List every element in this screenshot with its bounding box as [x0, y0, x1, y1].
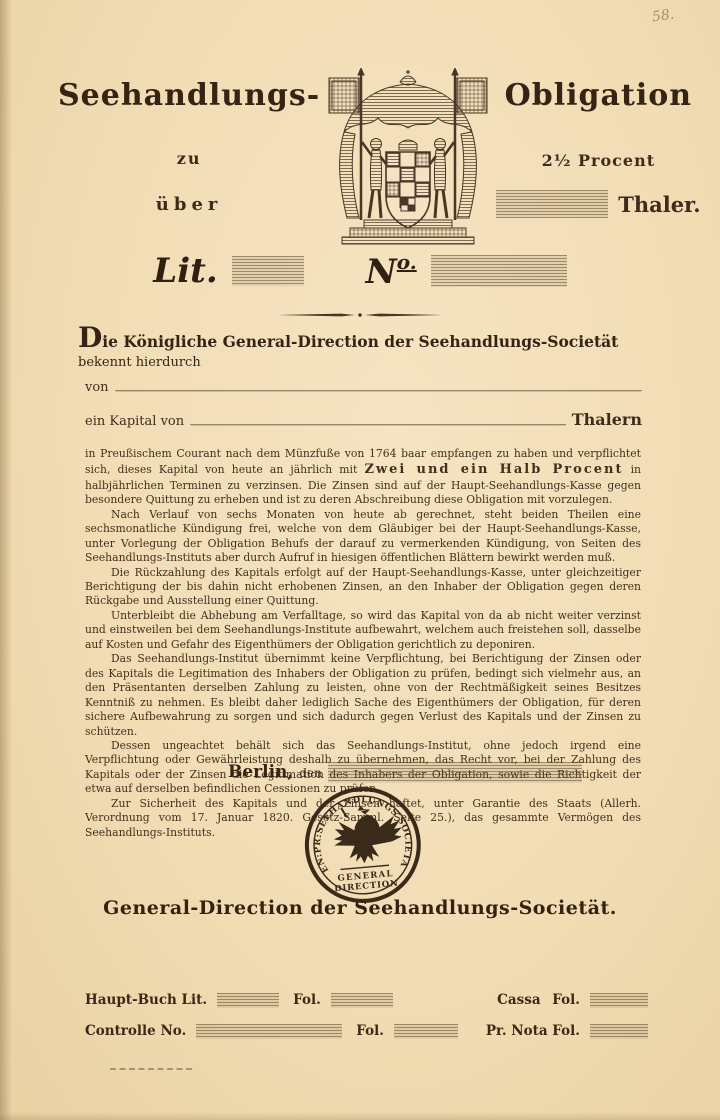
terms-paragraph-3: Die Rückzahlung des Kapitals erfolgt auf… — [85, 566, 641, 609]
controlle-label: Controlle No. — [85, 1023, 186, 1039]
lit-blank-field — [232, 256, 304, 286]
terms-paragraph-1: in Preußischem Courant nach dem Münzfuße… — [85, 447, 641, 508]
intro-line: Die Königliche General-Direction der See… — [78, 328, 664, 370]
kapital-row: ein Kapital von Thalern — [85, 410, 642, 429]
amount-blank-field — [496, 190, 608, 218]
amount-row: Thaler. — [496, 190, 700, 218]
intro-bold: ie Königliche General-Direction der Seeh… — [102, 332, 618, 351]
drop-cap: D — [78, 321, 102, 354]
registry-row-2: Controlle No. Fol. Pr. Nota Fol. — [85, 1023, 648, 1039]
cassa-label: Cassa Fol. — [497, 992, 580, 1008]
fol-label-1: Fol. — [293, 992, 321, 1008]
signature-line: General-Direction der Seehandlungs-Socie… — [0, 897, 720, 919]
header-left-column: Seehandlungs- zu über — [58, 68, 320, 250]
hauptbuch-label: Haupt-Buch Lit. — [85, 992, 207, 1008]
document-header: Seehandlungs- zu über — [58, 68, 668, 250]
kapital-blank-line — [190, 410, 566, 425]
fol2-blank-field — [394, 1024, 458, 1039]
hauptbuch-blank-field — [217, 993, 279, 1008]
fold-mark — [110, 1068, 192, 1070]
terms-paragraph-2: Nach Verlauf von sechs Monaten von heute… — [85, 508, 641, 566]
cassa-blank-field — [590, 993, 648, 1008]
von-row: von — [85, 376, 642, 395]
no-blank-field — [431, 255, 567, 287]
serial-row: Lit. No. — [0, 250, 720, 292]
zu-label: zu — [58, 149, 320, 168]
paper-left-edge-shadow — [0, 0, 12, 1120]
prnota-blank-field — [590, 1024, 648, 1039]
controlle-blank-field — [196, 1024, 342, 1039]
company-seal: KOEN:PR:SEEHANDLUNGS SOCIETAET GENERAL D… — [297, 779, 430, 915]
kapital-label: ein Kapital von — [85, 414, 184, 429]
den-label: den — [299, 766, 322, 780]
lit-label: Lit. — [153, 251, 217, 291]
fol1-blank-field — [331, 993, 393, 1008]
von-label: von — [85, 380, 109, 395]
von-blank-line — [115, 376, 642, 391]
date-blank-field — [328, 762, 582, 783]
title-right: Obligation — [496, 78, 700, 113]
no-label: No. — [366, 250, 417, 292]
paper-bottom-edge-shadow — [0, 1112, 720, 1120]
coat-of-arms-icon — [320, 68, 496, 250]
procent-emphasis: Zwei und ein Halb Procent — [364, 462, 623, 477]
title-left: Seehandlungs- — [58, 78, 320, 113]
thaler-label: Thaler. — [618, 192, 700, 217]
terms-paragraph-4: Unterbleibt die Abhebung am Verfalltage,… — [85, 609, 641, 652]
registry-fields: Haupt-Buch Lit. Fol. Cassa Fol. Controll… — [85, 992, 648, 1054]
terms-paragraph-5: Das Seehandlungs-Institut übernimmt kein… — [85, 652, 641, 739]
header-right-column: Obligation 2½ Procent Thaler. — [496, 68, 700, 250]
thalern-label: Thalern — [572, 410, 642, 429]
registry-row-1: Haupt-Buch Lit. Fol. Cassa Fol. — [85, 992, 648, 1008]
ornamental-divider — [275, 306, 445, 325]
fol-label-2: Fol. — [356, 1023, 384, 1039]
interest-rate: 2½ Procent — [496, 151, 700, 170]
intro-tail: bekennt hierdurch — [78, 355, 201, 370]
prnota-label: Pr. Nota Fol. — [486, 1023, 580, 1039]
ueber-label: über — [58, 194, 320, 215]
city-label: Berlin, — [228, 762, 293, 782]
handwritten-corner-number: 58. — [651, 7, 675, 26]
